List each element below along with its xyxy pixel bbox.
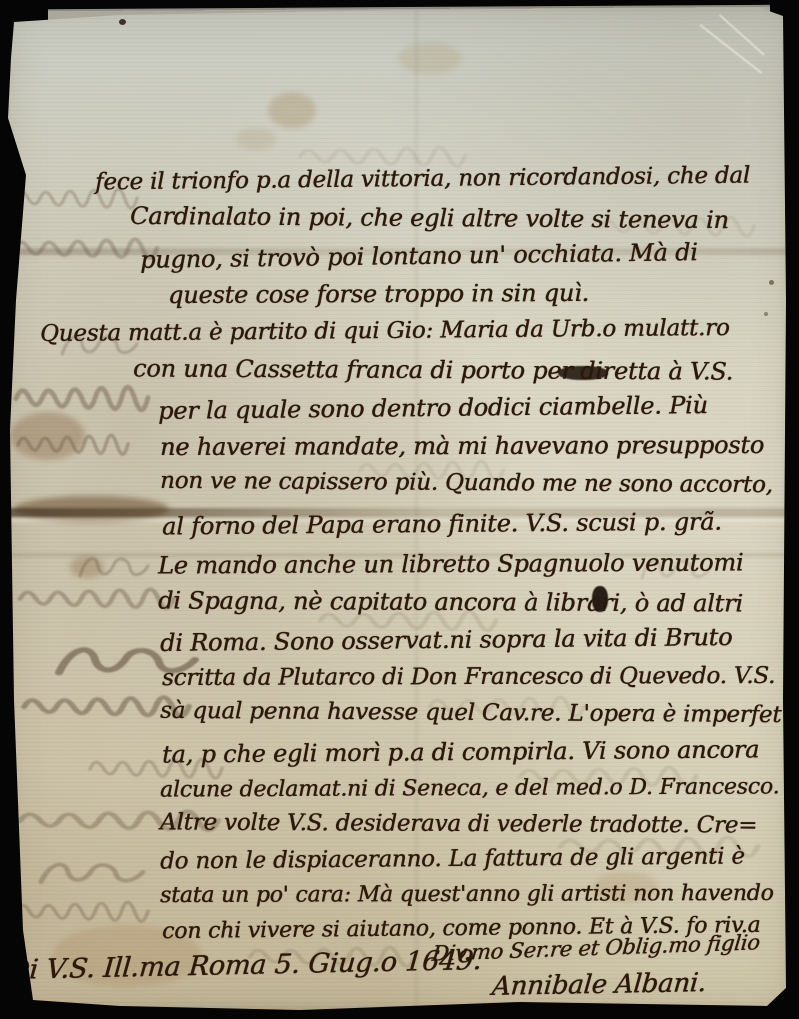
- letter-page: fece il trionfo p.a della vittoria, non …: [0, 0, 799, 1019]
- manuscript-line: non ve ne capissero più. Quando me ne so…: [160, 470, 773, 497]
- manuscript-line: ne haverei mandate, mà mi havevano presu…: [160, 433, 764, 459]
- manuscript-line: Questa matt.a è partito di qui Gio: Mari…: [40, 317, 730, 346]
- manuscript-line: sà qual penna havesse quel Cav.re. L'ope…: [160, 700, 799, 727]
- manuscript-line: di Roma. Sono osservat.ni sopra la vita …: [160, 625, 733, 655]
- manuscript-line: di Spagna, nè capitato ancora à librari,…: [158, 588, 743, 615]
- manuscript-line: Altre volte V.S. desiderava di vederle t…: [160, 811, 757, 837]
- manuscript-line: do non le dispiaceranno. La fattura de g…: [160, 845, 745, 873]
- manuscript-line: pugno, si trovò poi lontano un' occhiata…: [140, 240, 698, 272]
- manuscript-line: con una Cassetta franca di porto per dir…: [133, 356, 733, 383]
- scanned-manuscript-letter: fece il trionfo p.a della vittoria, non …: [0, 0, 799, 1019]
- manuscript-line: scritta da Plutarco di Don Francesco di …: [162, 665, 775, 690]
- manuscript-line: alcune declamat.ni di Seneca, e del med.…: [160, 776, 779, 801]
- manuscript-line: Le mando anche un libretto Spagnuolo ven…: [158, 550, 743, 577]
- signature: Annibale Albani.: [491, 970, 707, 1000]
- manuscript-line: queste cose forse troppo in sin quì.: [168, 281, 589, 307]
- manuscript-line: Cardinalato in poi, che egli altre volte…: [130, 204, 729, 232]
- manuscript-line: per la quale sono dentro dodici ciambell…: [158, 393, 708, 423]
- manuscript-line: ta, p che egli morì p.a di compirla. Vi …: [162, 737, 759, 766]
- manuscript-line: al forno del Papa erano finite. V.S. scu…: [162, 510, 722, 539]
- manuscript-line: stata un po' cara: Mà quest'anno gli art…: [160, 883, 774, 907]
